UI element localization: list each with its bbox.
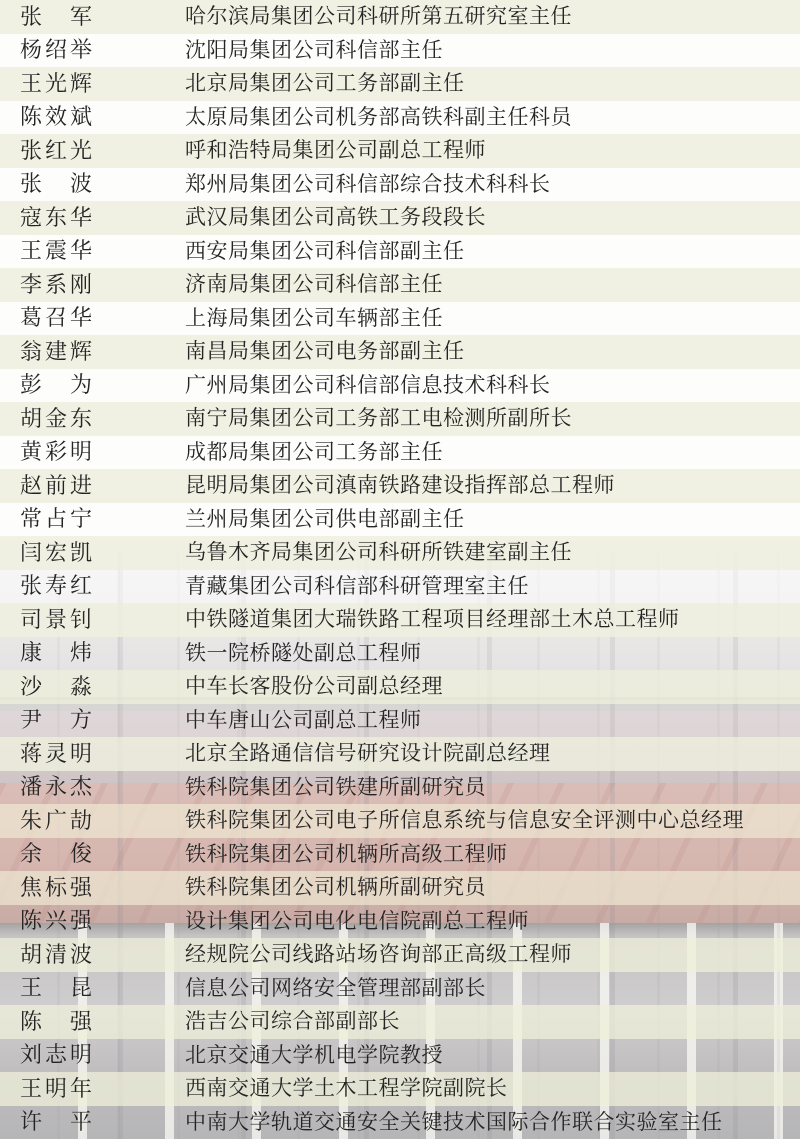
- table-row: 陈 强 浩吉公司综合部副部长: [0, 1005, 800, 1039]
- table-row: 王光辉 北京局集团公司工务部副主任: [0, 67, 800, 101]
- person-title: 信息公司网络安全管理部副部长: [185, 978, 486, 999]
- table-row: 康 炜 铁一院桥隧处副总工程师: [0, 637, 800, 671]
- person-name: 彭 为: [0, 374, 185, 396]
- person-name: 陈效斌: [0, 106, 185, 128]
- table-row: 焦标强 铁科院集团公司机辆所副研究员: [0, 871, 800, 905]
- table-row: 胡清波 经规院公司线路站场咨询部正高级工程师: [0, 938, 800, 972]
- person-name: 翁建辉: [0, 341, 185, 363]
- table-row: 许 平 中南大学轨道交通安全关键技术国际合作联合实验室主任: [0, 1106, 800, 1139]
- person-name: 康 炜: [0, 642, 185, 664]
- person-name: 张 军: [0, 6, 185, 28]
- person-name: 常占宁: [0, 508, 185, 530]
- person-name: 尹 方: [0, 709, 185, 731]
- person-name: 王震华: [0, 240, 185, 262]
- person-title: 铁科院集团公司机辆所副研究员: [185, 877, 486, 898]
- table-row: 张 军 哈尔滨局集团公司科研所第五研究室主任: [0, 0, 800, 34]
- person-name: 司景钊: [0, 609, 185, 631]
- table-row: 陈兴强 设计集团公司电化电信院副总工程师: [0, 905, 800, 939]
- person-name: 余 俊: [0, 843, 185, 865]
- person-title: 太原局集团公司机务部高铁科副主任科员: [185, 107, 572, 128]
- table-row: 王震华 西安局集团公司科信部副主任: [0, 235, 800, 269]
- person-title: 郑州局集团公司科信部综合技术科科长: [185, 174, 551, 195]
- table-row: 张红光 呼和浩特局集团公司副总工程师: [0, 134, 800, 168]
- person-title: 设计集团公司电化电信院副总工程师: [185, 911, 529, 932]
- table-row: 闫宏凯 乌鲁木齐局集团公司科研所铁建室副主任: [0, 536, 800, 570]
- person-title: 中铁隧道集团大瑞铁路工程项目经理部土木总工程师: [185, 609, 680, 630]
- table-row: 陈效斌 太原局集团公司机务部高铁科副主任科员: [0, 101, 800, 135]
- table-row: 刘志明 北京交通大学机电学院教授: [0, 1039, 800, 1073]
- person-title: 沈阳局集团公司科信部主任: [185, 40, 443, 61]
- person-name: 胡清波: [0, 944, 185, 966]
- person-title: 经规院公司线路站场咨询部正高级工程师: [185, 944, 572, 965]
- person-title: 西南交通大学土木工程学院副院长: [185, 1078, 508, 1099]
- table-row: 胡金东 南宁局集团公司工务部工电检测所副所长: [0, 402, 800, 436]
- roster-page: 张 军 哈尔滨局集团公司科研所第五研究室主任 杨绍举 沈阳局集团公司科信部主任 …: [0, 0, 800, 1139]
- table-row: 朱广劼 铁科院集团公司电子所信息系统与信息安全评测中心总经理: [0, 804, 800, 838]
- person-name: 蒋灵明: [0, 743, 185, 765]
- person-name: 赵前进: [0, 475, 185, 497]
- person-title: 中南大学轨道交通安全关键技术国际合作联合实验室主任: [185, 1112, 723, 1133]
- table-row: 沙 淼 中车长客股份公司副总经理: [0, 670, 800, 704]
- person-name: 陈 强: [0, 1011, 185, 1033]
- table-row: 翁建辉 南昌局集团公司电务部副主任: [0, 335, 800, 369]
- person-name: 李系刚: [0, 274, 185, 296]
- person-title: 广州局集团公司科信部信息技术科科长: [185, 375, 551, 396]
- person-name: 寇东华: [0, 207, 185, 229]
- table-row: 潘永杰 铁科院集团公司铁建所副研究员: [0, 771, 800, 805]
- person-name: 焦标强: [0, 877, 185, 899]
- person-name: 沙 淼: [0, 676, 185, 698]
- person-name: 张 波: [0, 173, 185, 195]
- person-title: 哈尔滨局集团公司科研所第五研究室主任: [185, 6, 572, 27]
- person-title: 铁科院集团公司铁建所副研究员: [185, 777, 486, 798]
- table-row: 寇东华 武汉局集团公司高铁工务段段长: [0, 201, 800, 235]
- person-title: 呼和浩特局集团公司副总工程师: [185, 140, 486, 161]
- person-name: 陈兴强: [0, 910, 185, 932]
- person-name: 胡金东: [0, 408, 185, 430]
- person-title: 兰州局集团公司供电部副主任: [185, 509, 465, 530]
- person-title: 青藏集团公司科信部科研管理室主任: [185, 576, 529, 597]
- person-name: 闫宏凯: [0, 542, 185, 564]
- person-name: 刘志明: [0, 1044, 185, 1066]
- person-name: 王明年: [0, 1078, 185, 1100]
- person-name: 许 平: [0, 1111, 185, 1133]
- person-name: 张红光: [0, 140, 185, 162]
- table-row: 彭 为 广州局集团公司科信部信息技术科科长: [0, 369, 800, 403]
- table-row: 张 波 郑州局集团公司科信部综合技术科科长: [0, 168, 800, 202]
- table-row: 常占宁 兰州局集团公司供电部副主任: [0, 503, 800, 537]
- person-title: 南宁局集团公司工务部工电检测所副所长: [185, 408, 572, 429]
- person-title: 昆明局集团公司滇南铁路建设指挥部总工程师: [185, 475, 615, 496]
- person-title: 中车长客股份公司副总经理: [185, 676, 443, 697]
- person-title: 乌鲁木齐局集团公司科研所铁建室副主任: [185, 542, 572, 563]
- table-row: 王 昆 信息公司网络安全管理部副部长: [0, 972, 800, 1006]
- person-title: 北京全路通信信号研究设计院副总经理: [185, 743, 551, 764]
- person-title: 成都局集团公司工务部主任: [185, 442, 443, 463]
- table-row: 余 俊 铁科院集团公司机辆所高级工程师: [0, 838, 800, 872]
- person-name: 王 昆: [0, 977, 185, 999]
- person-title: 中车唐山公司副总工程师: [185, 710, 422, 731]
- person-name: 潘永杰: [0, 776, 185, 798]
- person-title: 浩吉公司综合部副部长: [185, 1011, 400, 1032]
- person-name: 张寿红: [0, 575, 185, 597]
- person-title: 济南局集团公司科信部主任: [185, 274, 443, 295]
- table-row: 李系刚 济南局集团公司科信部主任: [0, 268, 800, 302]
- person-title: 北京局集团公司工务部副主任: [185, 73, 465, 94]
- person-title: 西安局集团公司科信部副主任: [185, 241, 465, 262]
- person-title: 南昌局集团公司电务部副主任: [185, 341, 465, 362]
- person-title: 上海局集团公司车辆部主任: [185, 308, 443, 329]
- person-name: 葛召华: [0, 307, 185, 329]
- person-name: 王光辉: [0, 73, 185, 95]
- person-name: 杨绍举: [0, 39, 185, 61]
- person-title: 铁科院集团公司机辆所高级工程师: [185, 844, 508, 865]
- table-row: 葛召华 上海局集团公司车辆部主任: [0, 302, 800, 336]
- person-title: 铁科院集团公司电子所信息系统与信息安全评测中心总经理: [185, 810, 744, 831]
- table-row: 杨绍举 沈阳局集团公司科信部主任: [0, 34, 800, 68]
- table-row: 尹 方 中车唐山公司副总工程师: [0, 704, 800, 738]
- person-name: 朱广劼: [0, 810, 185, 832]
- table-row: 黄彩明 成都局集团公司工务部主任: [0, 436, 800, 470]
- table-row: 司景钊 中铁隧道集团大瑞铁路工程项目经理部土木总工程师: [0, 603, 800, 637]
- person-name: 黄彩明: [0, 441, 185, 463]
- person-title: 铁一院桥隧处副总工程师: [185, 643, 422, 664]
- table-row: 赵前进 昆明局集团公司滇南铁路建设指挥部总工程师: [0, 469, 800, 503]
- table-row: 张寿红 青藏集团公司科信部科研管理室主任: [0, 570, 800, 604]
- table-row: 蒋灵明 北京全路通信信号研究设计院副总经理: [0, 737, 800, 771]
- roster-table: 张 军 哈尔滨局集团公司科研所第五研究室主任 杨绍举 沈阳局集团公司科信部主任 …: [0, 0, 800, 1139]
- person-title: 北京交通大学机电学院教授: [185, 1045, 443, 1066]
- person-title: 武汉局集团公司高铁工务段段长: [185, 207, 486, 228]
- table-row: 王明年 西南交通大学土木工程学院副院长: [0, 1072, 800, 1106]
